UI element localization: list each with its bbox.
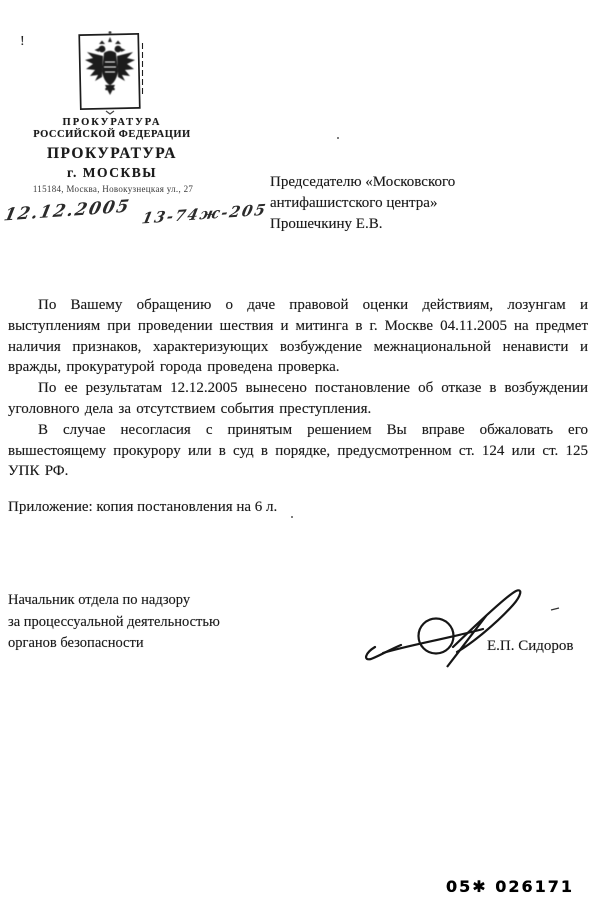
scan-artifact-mark: ! <box>20 34 25 50</box>
letterhead-org-line-4: г. МОСКВЫ <box>14 165 210 181</box>
attachment-line: Приложение: копия постановления на 6 л. <box>8 499 488 516</box>
addressee-block: Председателю «Московского антифашистског… <box>270 172 490 235</box>
letterhead-org-line-3: ПРОКУРАТУРА <box>14 145 210 163</box>
letterhead-address-line: 115184, Москва, Новокузнецкая ул., 27 <box>8 184 218 194</box>
letter-body: По Вашему обращению о даче правовой оцен… <box>8 295 588 482</box>
letterhead-org-line-1: ПРОКУРАТУРА <box>14 117 210 128</box>
handwritten-date: 12.12.2005 <box>2 196 132 225</box>
addressee-line-1: Председателю «Московского <box>270 172 490 193</box>
handwritten-case-number: 13-74ж-205 <box>140 200 269 227</box>
addressee-line-2: антифашистского центра» <box>270 193 490 214</box>
signoff-title-line-2: за процессуальной деятельностью <box>8 612 278 634</box>
scan-speck <box>291 516 293 518</box>
signature-icon <box>355 583 585 673</box>
scan-speck <box>337 137 339 139</box>
body-paragraph: В случае несогласия с принятым решением … <box>8 420 588 482</box>
signoff-title-block: Начальник отдела по надзору за процессуа… <box>8 590 278 655</box>
body-paragraph: По ее результатам 12.12.2005 вынесено по… <box>8 378 588 420</box>
letterhead-org-block: ПРОКУРАТУРА РОССИЙСКОЙ ФЕДЕРАЦИИ ПРОКУРА… <box>14 117 210 181</box>
body-paragraph: По Вашему обращению о даче правовой оцен… <box>8 295 588 378</box>
letterhead-org-line-2: РОССИЙСКОЙ ФЕДЕРАЦИИ <box>14 129 210 140</box>
addressee-line-3: Прошечкину Е.В. <box>270 214 490 235</box>
scanned-letter-page: ! <box>0 0 600 909</box>
signoff-title-line-3: органов безопасности <box>8 633 278 655</box>
signoff-title-line-1: Начальник отдела по надзору <box>8 590 278 612</box>
coat-of-arms-icon <box>76 31 146 115</box>
signer-name: Е.П. Сидоров <box>487 638 574 655</box>
form-number: 05✱ 026171 <box>446 877 574 896</box>
